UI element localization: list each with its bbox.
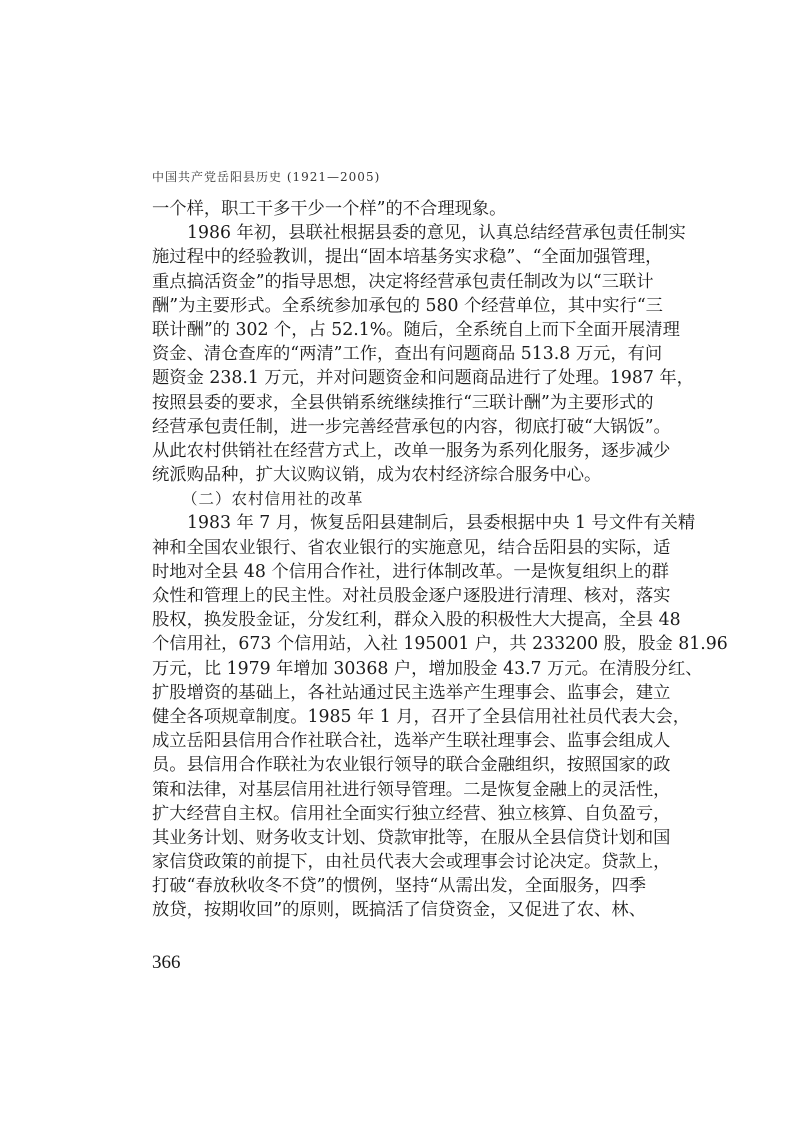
- text-line: 扩大经营自主权。信用社全面实行独立经营、独立核算、自负盈亏，: [152, 802, 646, 826]
- text-line: 资金、清仓查库的“两清”工作，查出有问题商品 513.8 万元，有问: [152, 342, 646, 366]
- text-line: 酬”为主要形式。全系统参加承包的 580 个经营单位，其中实行“三: [152, 294, 646, 318]
- running-header-title: 中国共产党岳阳县历史 (1921—2005): [152, 168, 380, 185]
- text-line: 神和全国农业银行、省农业银行的实施意见，结合岳阳县的实际，适: [152, 536, 646, 560]
- section-heading: （二）农村信用社的改革: [152, 487, 646, 511]
- text-line: 打破“春放秋收冬不贷”的惯例，坚持“从需出发，全面服务，四季: [152, 874, 646, 898]
- text-line: 成立岳阳县信用合作社联合社，选举产生联社理事会、监事会组成人: [152, 729, 646, 753]
- body-text: 一个样，职工干多干少一个样”的不合理现象。 1986 年初，县联社根据县委的意见…: [152, 197, 646, 923]
- text-line: 放贷，按期收回”的原则，既搞活了信贷资金，又促进了农、林、: [152, 898, 646, 922]
- text-line: 联计酬”的 302 个，占 52.1%。随后，全系统自上而下全面开展清理: [152, 318, 646, 342]
- text-line: 经营承包责任制，进一步完善经营承包的内容，彻底打破“大锅饭”。: [152, 415, 646, 439]
- text-line: 众性和管理上的民主性。对社员股金逐户逐股进行清理、核对，落实: [152, 584, 646, 608]
- text-line: 扩股增资的基础上，各社站通过民主选举产生理事会、监事会，建立: [152, 681, 646, 705]
- text-line: 员。县信用合作联社为农业银行领导的联合金融组织，按照国家的政: [152, 753, 646, 777]
- text-line: 个信用社，673 个信用站，入社 195001 户，共 233200 股，股金 …: [152, 632, 646, 656]
- text-line: 题资金 238.1 万元，并对问题资金和问题商品进行了处理。1987 年，: [152, 366, 646, 390]
- text-line: 万元，比 1979 年增加 30368 户，增加股金 43.7 万元。在清股分红…: [152, 657, 646, 681]
- paragraph-start-line: 1983 年 7 月，恢复岳阳县建制后，县委根据中央 1 号文件有关精: [152, 511, 646, 535]
- text-line: 一个样，职工干多干少一个样”的不合理现象。: [152, 197, 646, 221]
- text-line: 策和法律，对基层信用社进行领导管理。二是恢复金融上的灵活性，: [152, 778, 646, 802]
- text-line: 施过程中的经验教训，提出“固本培基务实求稳”、“全面加强管理，: [152, 245, 646, 269]
- text-line: 统派购品种，扩大议购议销，成为农村经济综合服务中心。: [152, 463, 646, 487]
- text-line: 股权，换发股金证，分发红利，群众入股的积极性大大提高，全县 48: [152, 608, 646, 632]
- text-line: 其业务计划、财务收支计划、贷款审批等，在服从全县信贷计划和国: [152, 826, 646, 850]
- text-line: 家信贷政策的前提下，由社员代表大会或理事会讨论决定。贷款上，: [152, 850, 646, 874]
- page-number: 366: [152, 952, 181, 974]
- paragraph-start-line: 1986 年初，县联社根据县委的意见，认真总结经营承包责任制实: [152, 221, 646, 245]
- text-line: 从此农村供销社在经营方式上，改单一服务为系列化服务，逐步减少: [152, 439, 646, 463]
- text-line: 健全各项规章制度。1985 年 1 月，召开了全县信用社社员代表大会，: [152, 705, 646, 729]
- text-line: 重点搞活资金”的指导思想，决定将经营承包责任制改为以“三联计: [152, 270, 646, 294]
- text-line: 时地对全县 48 个信用合作社，进行体制改革。一是恢复组织上的群: [152, 560, 646, 584]
- text-line: 按照县委的要求，全县供销系统继续推行“三联计酬”为主要形式的: [152, 391, 646, 415]
